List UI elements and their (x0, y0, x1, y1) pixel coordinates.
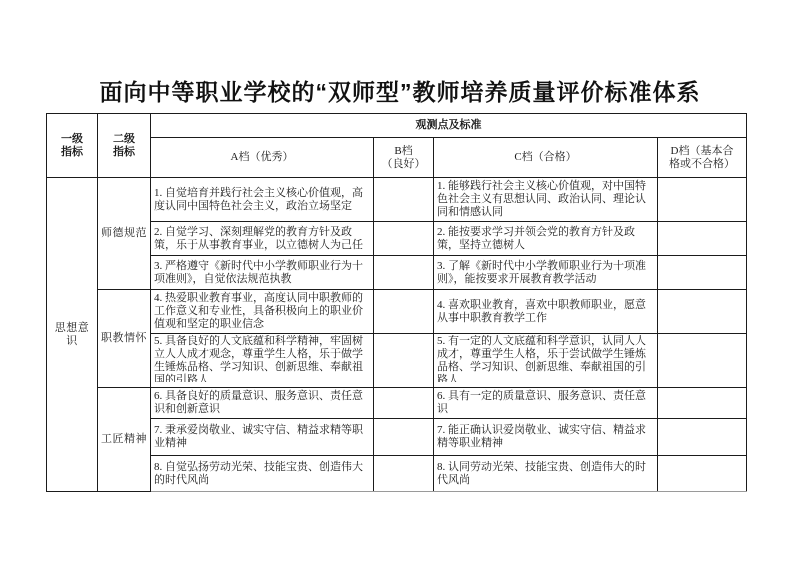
header-grade-a: A档（优秀） (151, 138, 374, 178)
header-level1-indicator: 一级 指标 (47, 114, 98, 178)
grade-c-cell: 4. 喜欢职业教育，喜欢中职教师职业，愿意从事中职教育教学工作 (434, 290, 658, 334)
document-page: 面向中等职业学校的“双师型”教师培养质量评价标准体系 一级 指标 二级 指标 观… (0, 0, 800, 566)
grade-d-cell (658, 256, 747, 290)
grade-b-cell (374, 419, 434, 456)
table-header-row-1: 一级 指标 二级 指标 观测点及标准 (47, 114, 747, 138)
table-row: 2. 自觉学习、深刻理解党的教育方针及政策，乐于从事教育事业，以立德树人为己任 … (47, 222, 747, 256)
table-row: 职教情怀 4. 热爱职业教育事业，高度认同中职教师的工作意义和专业性，具备积极向… (47, 290, 747, 334)
grade-d-cell (658, 456, 747, 492)
page-title: 面向中等职业学校的“双师型”教师培养质量评价标准体系 (0, 74, 800, 107)
grade-b-cell (374, 456, 434, 492)
grade-b-cell (374, 222, 434, 256)
grade-a-cell: 5. 具备良好的人文底蕴和科学精神，牢固树立人人成才观念，尊重学生人格，乐于做学… (151, 334, 374, 388)
grade-c-cell: 8. 认同劳动光荣、技能宝贵、创造伟大的时代风尚 (434, 456, 658, 492)
grade-c-cell: 3. 了解《新时代中小学教师职业行为十项准则》，能按要求开展教育教学活动 (434, 256, 658, 290)
grade-b-cell (374, 256, 434, 290)
level2-cell-craftsman-spirit: 工匠精神 (98, 388, 151, 492)
clipped-text: 5. 有一定的人文底蕴和科学意识，认同人人成才，尊重学生人格，乐于尝试做学生锤炼… (437, 335, 654, 382)
grade-b-cell (374, 178, 434, 222)
table-row: 工匠精神 6. 具备良好的质量意识、服务意识、责任意识和创新意识 6. 具有一定… (47, 388, 747, 419)
grade-d-cell (658, 388, 747, 419)
grade-c-cell: 7. 能正确认识爱岗敬业、诚实守信、精益求精等职业精神 (434, 419, 658, 456)
grade-d-cell (658, 334, 747, 388)
header-level2-indicator: 二级 指标 (98, 114, 151, 178)
grade-d-cell (658, 178, 747, 222)
clipped-text: 5. 具备良好的人文底蕴和科学精神，牢固树立人人成才观念，尊重学生人格，乐于做学… (154, 335, 370, 382)
table-header-row-2: A档（优秀） B档 （良好） C档（合格） D档（基本合 格或不合格） (47, 138, 747, 178)
grade-a-cell: 3. 严格遵守《新时代中小学教师职业行为十项准则》，自觉依法规范执教 (151, 256, 374, 290)
grade-a-cell: 4. 热爱职业教育事业，高度认同中职教师的工作意义和专业性，具备积极向上的职业价… (151, 290, 374, 334)
grade-d-cell (658, 419, 747, 456)
grade-d-cell (658, 290, 747, 334)
header-observation-standards: 观测点及标准 (151, 114, 747, 138)
level2-cell-teacher-ethics: 师德规范 (98, 178, 151, 290)
header-grade-d: D档（基本合 格或不合格） (658, 138, 747, 178)
grade-a-cell: 8. 自觉弘扬劳动光荣、技能宝贵、创造伟大的时代风尚 (151, 456, 374, 492)
grade-b-cell (374, 334, 434, 388)
level2-cell-vocational-sentiment: 职教情怀 (98, 290, 151, 388)
grade-b-cell (374, 290, 434, 334)
table-row: 3. 严格遵守《新时代中小学教师职业行为十项准则》，自觉依法规范执教 3. 了解… (47, 256, 747, 290)
grade-d-cell (658, 222, 747, 256)
header-grade-b: B档 （良好） (374, 138, 434, 178)
grade-c-cell: 1. 能够践行社会主义核心价值观，对中国特色社会主义有思想认同、政治认同、理论认… (434, 178, 658, 222)
table-row: 8. 自觉弘扬劳动光荣、技能宝贵、创造伟大的时代风尚 8. 认同劳动光荣、技能宝… (47, 456, 747, 492)
grade-c-cell: 6. 具有一定的质量意识、服务意识、责任意识 (434, 388, 658, 419)
grade-c-cell: 5. 有一定的人文底蕴和科学意识，认同人人成才，尊重学生人格，乐于尝试做学生锤炼… (434, 334, 658, 388)
grade-a-cell: 2. 自觉学习、深刻理解党的教育方针及政策，乐于从事教育事业，以立德树人为己任 (151, 222, 374, 256)
grade-c-cell: 2. 能按要求学习并领会党的教育方针及政策，坚持立德树人 (434, 222, 658, 256)
grade-a-cell: 7. 秉承爱岗敬业、诚实守信、精益求精等职业精神 (151, 419, 374, 456)
grade-b-cell (374, 388, 434, 419)
level1-cell-thought-awareness: 思想意识 (47, 178, 98, 492)
table-row: 7. 秉承爱岗敬业、诚实守信、精益求精等职业精神 7. 能正确认识爱岗敬业、诚实… (47, 419, 747, 456)
evaluation-table: 一级 指标 二级 指标 观测点及标准 A档（优秀） B档 （良好） C档（合格）… (46, 113, 747, 492)
header-grade-c: C档（合格） (434, 138, 658, 178)
table-row: 5. 具备良好的人文底蕴和科学精神，牢固树立人人成才观念，尊重学生人格，乐于做学… (47, 334, 747, 388)
grade-a-cell: 6. 具备良好的质量意识、服务意识、责任意识和创新意识 (151, 388, 374, 419)
table-row: 思想意识 师德规范 1. 自觉培育并践行社会主义核心价值观，高度认同中国特色社会… (47, 178, 747, 222)
grade-a-cell: 1. 自觉培育并践行社会主义核心价值观，高度认同中国特色社会主义，政治立场坚定 (151, 178, 374, 222)
